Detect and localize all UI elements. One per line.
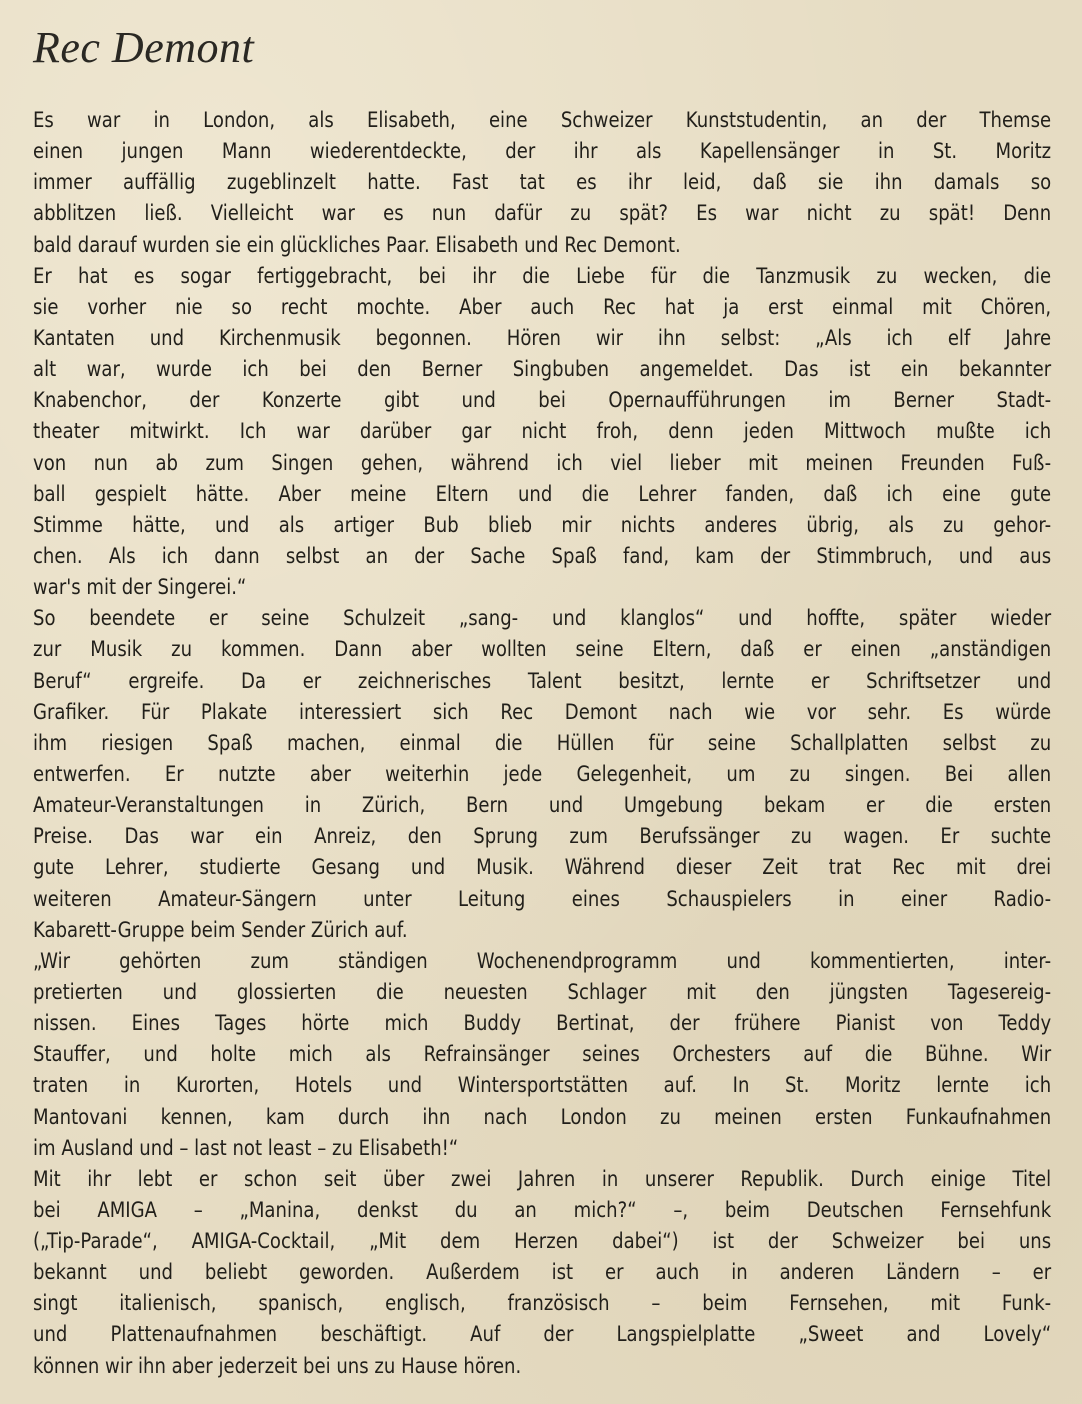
text-line: ihm riesigen Spaß machen, einmal die Hül… — [33, 728, 1051, 759]
text-line: weiteren Amateur-Sängern unter Leitung e… — [33, 884, 1051, 915]
text-line: alt war, wurde ich bei den Berner Singbu… — [33, 354, 1051, 385]
text-line: nissen. Eines Tages hörte mich Buddy Ber… — [33, 1008, 1051, 1039]
text-line: Amateur-Veranstaltungen in Zürich, Bern … — [33, 790, 1051, 821]
text-line: und Plattenaufnahmen beschäftigt. Auf de… — [33, 1319, 1051, 1350]
text-line: Mit ihr lebt er schon seit über zwei Jah… — [33, 1164, 1051, 1195]
paragraph: „Wir gehörten zum ständigen Wochenendpro… — [33, 946, 1051, 1164]
text-line: Grafiker. Für Plakate interessiert sich … — [33, 697, 1051, 728]
text-line: traten in Kurorten, Hotels und Winterspo… — [33, 1070, 1051, 1101]
text-line: Preise. Das war ein Anreiz, den Sprung z… — [33, 821, 1051, 852]
paragraph: Er hat es sogar fertiggebracht, bei ihr … — [33, 261, 1051, 604]
text-line: „Wir gehörten zum ständigen Wochenendpro… — [33, 946, 1051, 977]
text-line: chen. Als ich dann selbst an der Sache S… — [33, 541, 1051, 572]
text-line: sie vorher nie so recht mochte. Aber auc… — [33, 292, 1051, 323]
text-line: („Tip-Parade“, AMIGA-Cocktail, „Mit dem … — [33, 1226, 1051, 1257]
text-line: Kantaten und Kirchenmusik begonnen. Höre… — [33, 323, 1051, 354]
text-line: So beendete er seine Schulzeit „sang- un… — [33, 603, 1051, 634]
text-line: bei AMIGA – „Manina, denkst du an mich?“… — [33, 1195, 1051, 1226]
text-line: Beruf“ ergreife. Da er zeichnerisches Ta… — [33, 666, 1051, 697]
text-line: gute Lehrer, studierte Gesang und Musik.… — [33, 852, 1051, 883]
text-line: pretierten und glossierten die neuesten … — [33, 977, 1051, 1008]
text-line: bald darauf wurden sie ein glückliches P… — [33, 230, 1051, 261]
text-line: Mantovani kennen, kam durch ihn nach Lon… — [33, 1102, 1051, 1133]
text-line: können wir ihn aber jederzeit bei uns zu… — [33, 1351, 1051, 1382]
text-line: theater mitwirkt. Ich war darüber gar ni… — [33, 416, 1051, 447]
text-line: ball gespielt hätte. Aber meine Eltern u… — [33, 479, 1051, 510]
article-body: Es war in London, als Elisabeth, eine Sc… — [33, 105, 1051, 1382]
text-line: Stimme hätte, und als artiger Bub blieb … — [33, 510, 1051, 541]
text-line: einen jungen Mann wiederentdeckte, der i… — [33, 136, 1051, 167]
page-title: Rec Demont — [33, 22, 254, 74]
text-line: Kabarett-Gruppe beim Sender Zürich auf. — [33, 915, 1051, 946]
text-line: im Ausland und – last not least – zu Eli… — [33, 1133, 1051, 1164]
text-line: Stauffer, und holte mich als Refrainsäng… — [33, 1039, 1051, 1070]
text-line: Es war in London, als Elisabeth, eine Sc… — [33, 105, 1051, 136]
text-line: bekannt und beliebt geworden. Außerdem i… — [33, 1257, 1051, 1288]
text-line: war's mit der Singerei.“ — [33, 572, 1051, 603]
text-line: Knabenchor, der Konzerte gibt und bei Op… — [33, 385, 1051, 416]
text-line: von nun ab zum Singen gehen, während ich… — [33, 448, 1051, 479]
text-line: abblitzen ließ. Vielleicht war es nun da… — [33, 198, 1051, 229]
text-line: singt italienisch, spanisch, englisch, f… — [33, 1288, 1051, 1319]
paragraph: So beendete er seine Schulzeit „sang- un… — [33, 603, 1051, 946]
text-line: Er hat es sogar fertiggebracht, bei ihr … — [33, 261, 1051, 292]
text-line: entwerfen. Er nutzte aber weiterhin jede… — [33, 759, 1051, 790]
text-line: immer auffällig zugeblinzelt hatte. Fast… — [33, 167, 1051, 198]
document-page: Rec Demont Es war in London, als Elisabe… — [0, 0, 1082, 1404]
paragraph: Mit ihr lebt er schon seit über zwei Jah… — [33, 1164, 1051, 1382]
text-line: zur Musik zu kommen. Dann aber wollten s… — [33, 634, 1051, 665]
paragraph: Es war in London, als Elisabeth, eine Sc… — [33, 105, 1051, 261]
